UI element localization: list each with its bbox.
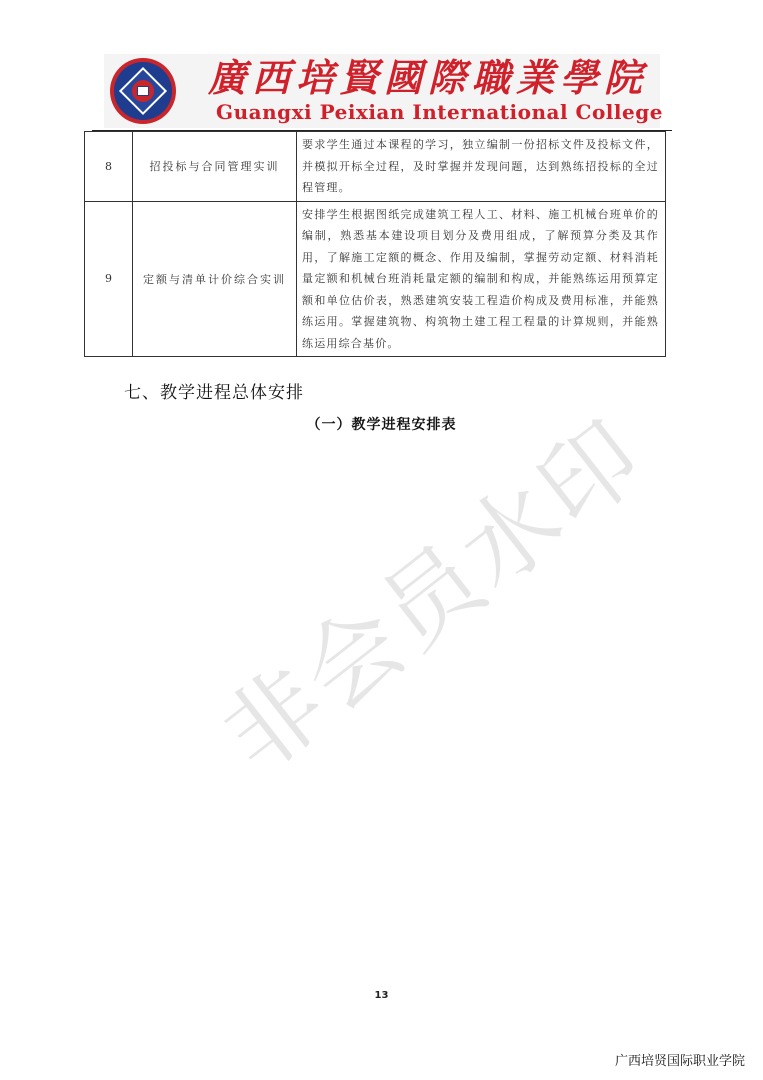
college-name-en: Guangxi Peixian International College	[216, 100, 663, 124]
subsection-heading: （一）教学进程安排表	[0, 414, 763, 434]
course-name: 招投标与合同管理实训	[133, 132, 297, 202]
row-number: 9	[85, 201, 133, 357]
college-header-banner: 廣西培賢國際職業學院 Guangxi Peixian International…	[104, 54, 660, 128]
section-heading: 七、教学进程总体安排	[124, 378, 304, 403]
watermark: 非会员水印	[190, 382, 668, 798]
book-icon	[137, 86, 149, 96]
college-name-cn: 廣西培賢國際職業學院	[208, 56, 648, 100]
row-number: 8	[85, 132, 133, 202]
table-row: 9 定额与清单计价综合实训 安排学生根据图纸完成建筑工程人工、材料、施工机械台班…	[85, 201, 666, 357]
emblem-diamond	[119, 67, 167, 115]
course-description: 要求学生通过本课程的学习，独立编制一份招标文件及投标文件，并模拟开标全过程，及时…	[297, 132, 666, 202]
emblem-ring	[114, 62, 172, 120]
page-number: 13	[0, 990, 763, 1001]
table-row: 8 招投标与合同管理实训 要求学生通过本课程的学习，独立编制一份招标文件及投标文…	[85, 132, 666, 202]
emblem-center	[132, 80, 154, 102]
college-emblem-icon	[110, 58, 176, 124]
course-description: 安排学生根据图纸完成建筑工程人工、材料、施工机械台班单价的编制，熟悉基本建设项目…	[297, 201, 666, 357]
practical-training-table: 8 招投标与合同管理实训 要求学生通过本课程的学习，独立编制一份招标文件及投标文…	[84, 131, 666, 357]
footer-college-name: 广西培贤国际职业学院	[615, 1050, 745, 1069]
course-name: 定额与清单计价综合实训	[133, 201, 297, 357]
